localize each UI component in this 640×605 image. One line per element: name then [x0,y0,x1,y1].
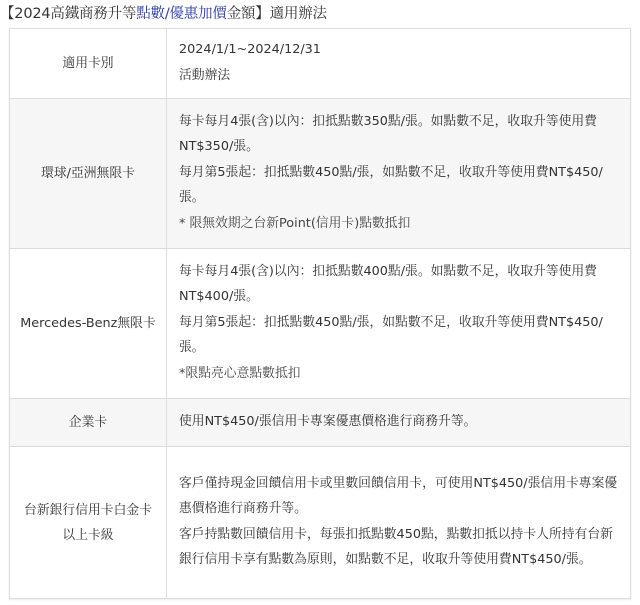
row-content: 2024/1/1~2024/12/31 活動辦法 [167,29,631,99]
table-row-period: 適用卡別 2024/1/1~2024/12/31 活動辦法 [10,29,631,99]
page-title: 【2024高鐵商務升等點數/優惠加價金額】適用辦法 [0,3,327,25]
row-content: 每卡每月4張(含)以內：扣抵點數350點/張。如點數不足，收取升等使用費NT$3… [167,99,631,249]
row-label: 企業卡 [10,399,167,447]
table-row-platinum-and-above: 台新銀行信用卡白金卡以上卡級 客戶僅持現金回饋信用卡或里數回饋信用卡，可使用NT… [10,447,631,599]
table-row-world-asia-infinite: 環球/亞洲無限卡 每卡每月4張(含)以內：扣抵點數350點/張。如點數不足，收取… [10,99,631,249]
row-content: 使用NT$450/張信用卡專案優惠價格進行商務升等。 [167,399,631,447]
title-prefix: 【2024高鐵商務升等 [0,6,136,22]
row-content: 每卡每月4張(含)以內：扣抵點數400點/張。如點數不足，收取升等使用費NT$4… [167,249,631,399]
rule-line: 每月第5張起：扣抵點數450點/張，如點數不足，收取升等使用費NT$450/張。 [179,160,618,211]
table-row-mercedes-benz: Mercedes-Benz無限卡 每卡每月4張(含)以內：扣抵點數400點/張。… [10,249,631,399]
rule-line: 每月第5張起：扣抵點數450點/張，如點數不足，收取升等使用費NT$450/張。 [179,310,618,361]
rule-line: 每卡每月4張(含)以內：扣抵點數400點/張。如點數不足，收取升等使用費NT$4… [179,259,618,310]
title-link-points[interactable]: 點數 [136,6,165,22]
rule-line: 使用NT$450/張信用卡專案優惠價格進行商務升等。 [179,409,618,435]
rule-line: 客戶持點數回饋信用卡，每張扣抵點數450點，點數扣抵以持卡人所持有台新銀行信用卡… [179,522,618,573]
rules-link[interactable]: 活動辦法 [179,63,618,89]
title-suffix: 金額】適用辦法 [227,6,327,22]
rules-table: 適用卡別 2024/1/1~2024/12/31 活動辦法 環球/亞洲無限卡 每… [9,28,631,599]
row-content: 客戶僅持現金回饋信用卡或里數回饋信用卡，可使用NT$450/張信用卡專案優惠價格… [167,447,631,599]
row-label: Mercedes-Benz無限卡 [10,249,167,399]
rule-line: 客戶僅持現金回饋信用卡或里數回饋信用卡，可使用NT$450/張信用卡專案優惠價格… [179,471,618,522]
period-text: 2024/1/1~2024/12/31 [179,37,618,63]
row-label: 台新銀行信用卡白金卡以上卡級 [10,447,167,599]
table-row-corporate: 企業卡 使用NT$450/張信用卡專案優惠價格進行商務升等。 [10,399,631,447]
row-label: 適用卡別 [10,29,167,99]
rule-note: *限點亮心意點數抵扣 [179,361,618,387]
title-link-surcharge[interactable]: 優惠加價 [170,6,227,22]
rule-line: 每卡每月4張(含)以內：扣抵點數350點/張。如點數不足，收取升等使用費NT$3… [179,109,618,160]
row-label: 環球/亞洲無限卡 [10,99,167,249]
rule-note: * 限無效期之台新Point(信用卡)點數抵扣 [179,211,618,237]
